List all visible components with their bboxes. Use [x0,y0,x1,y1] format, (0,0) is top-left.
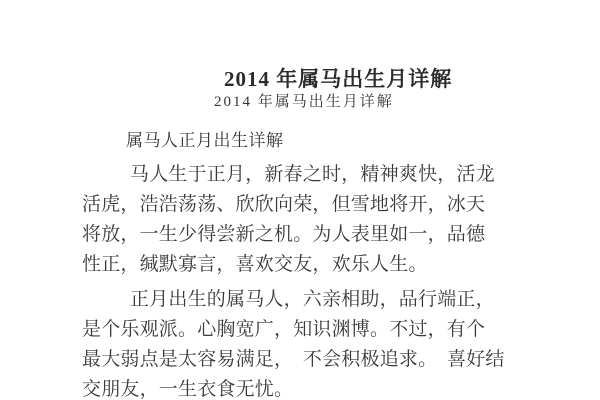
paragraph-2: 正月出生的属马人，六亲相助，品行端正， 是个乐观派。心胸宽广，知识渊博。不过，有… [82,285,505,400]
document-page: 2014 年属马出生月详解 2014 年属马出生月详解 属马人正月出生详解 马人… [0,0,600,400]
paragraph-line: 正月出生的属马人，六亲相助，品行端正， [82,285,505,315]
paragraph-line: 将放，一生少得尝新之机。为人表里如一，品德 [82,220,495,250]
paragraph-line: 最大弱点是太容易满足， 不会积极追求。 喜好结 [82,345,505,375]
paragraph-line: 马人生于正月，新春之时，精神爽快，活龙 [82,160,495,190]
paragraph-line: 性正，缄默寡言，喜欢交友，欢乐人生。 [82,250,495,280]
paragraph-line: 交朋友，一生衣食无忧。 [82,375,505,400]
paragraph-1: 马人生于正月，新春之时，精神爽快，活龙 活虎，浩浩荡荡、欣欣向荣，但雪地将开，冰… [82,160,495,280]
paragraph-line: 活虎，浩浩荡荡、欣欣向荣，但雪地将开，冰天 [82,190,495,220]
document-subtitle: 2014 年属马出生月详解 [214,90,394,111]
document-title: 2014 年属马出生月详解 [224,63,452,93]
section-heading: 属马人正月出生详解 [126,126,284,151]
paragraph-line: 是个乐观派。心胸宽广，知识渊博。不过，有个 [82,315,505,345]
